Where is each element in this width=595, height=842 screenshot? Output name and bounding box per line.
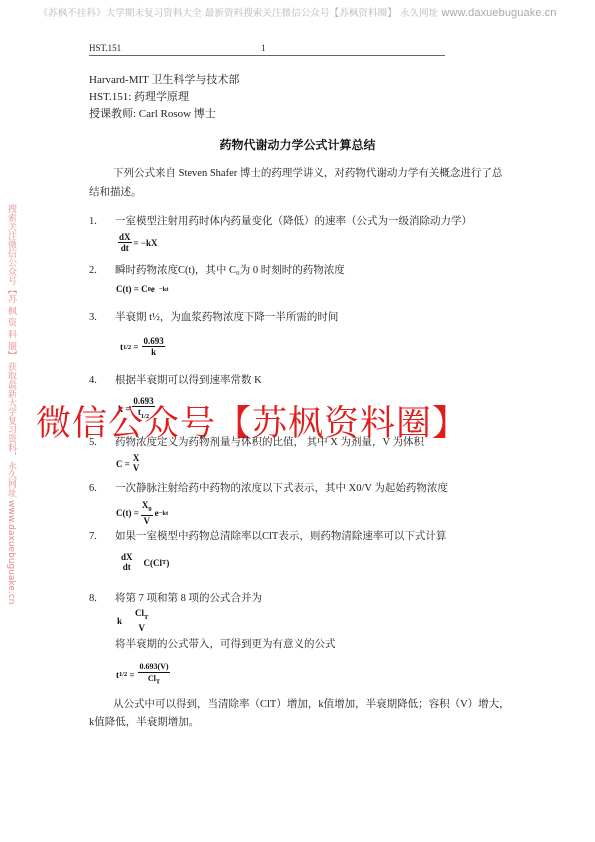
exponent: −kt — [159, 510, 168, 517]
formula-half-life-clearance: t1/2 = 0.693(V)ClT — [116, 662, 172, 688]
formula-half-life: t1/2 = 0.693k — [120, 336, 167, 358]
page-number: 1 — [261, 43, 266, 53]
lhs: C(t) = C — [116, 284, 148, 294]
formula-iv-bolus: C(t) = X0V e−kt — [116, 500, 168, 527]
fraction: 0.693k — [142, 336, 164, 358]
den-subscript: T — [156, 679, 160, 686]
fraction: X0V — [141, 500, 153, 527]
page-title: 药物代谢动力学公式计算总结 — [0, 136, 595, 153]
fraction: dXdt — [120, 552, 134, 573]
banner-text: 《苏枫不挂科》大学期末复习资料大全 最新资料搜索关注微信公众号【苏枫资料圈】 永… — [39, 8, 442, 19]
numerator: X0 — [141, 500, 153, 516]
top-banner: 《苏枫不挂科》大学期末复习资料大全 最新资料搜索关注微信公众号【苏枫资料圈】 永… — [0, 5, 595, 19]
fraction: ClTV — [134, 608, 149, 634]
item-number: 2. — [89, 265, 115, 276]
item-text: 一室模型注射用药时体内药量变化（降低）的速率（公式为一级消除动力学） — [115, 216, 472, 227]
fraction: dXdt — [118, 232, 132, 254]
item-number: 5. — [89, 437, 115, 448]
list-item: 6.一次静脉注射给药中药物的浓度以下式表示，其中 X0/V 为起始药物浓度 — [89, 480, 448, 495]
rhs: = −kX — [134, 238, 158, 248]
side-watermark: 搜索关注微信公众号【苏 枫 资 料 圈】 获取最新大学复习资料，永久网址 www… — [4, 204, 16, 604]
department-line: Harvard-MIT 卫生科学与技术部 — [89, 72, 239, 89]
conclusion-paragraph: 从公式中可以得到，当清除率（ClT）增加，k值增加，半衰期降低；容积（V）增大，… — [89, 696, 514, 732]
instructor-line: 授课教师: Carl Rosow 博士 — [89, 106, 239, 123]
item-number: 4. — [89, 375, 115, 386]
list-item: 5.药物浓度定义为药物剂量与体积的比值， 其中 X 为剂量，V 为体积 — [89, 434, 424, 449]
denominator: k — [151, 347, 156, 358]
num-subscript: T — [144, 614, 148, 621]
list-item: 1.一室模型注射用药时体内药量变化（降低）的速率（公式为一级消除动力学） — [89, 213, 472, 228]
formula-concentration-time: C(t) = C0e−kt — [116, 284, 168, 294]
num-base: Cl — [135, 608, 144, 618]
denominator: ClT — [148, 673, 160, 688]
item-text: 一次静脉注射给药中药物的浓度以下式表示，其中 X0/V 为起始药物浓度 — [115, 483, 448, 494]
fraction: 0.693(V)ClT — [138, 662, 169, 688]
equals: = — [129, 670, 134, 680]
list-item: 8.将第 7 项和第 8 项的公式合并为 — [89, 590, 262, 605]
item-text: 药物浓度定义为药物剂量与体积的比值， 其中 X 为剂量，V 为体积 — [115, 437, 424, 448]
item-text: 将第 7 项和第 8 项的公式合并为 — [115, 593, 262, 604]
den-base: Cl — [148, 674, 156, 683]
exp-base: e — [151, 284, 155, 294]
item-number: 1. — [89, 216, 115, 227]
item-number: 3. — [89, 312, 115, 323]
equals: = — [133, 342, 138, 352]
list-item: 2.瞬时药物浓度C(t)，其中 C₀为 0 时刻时的药物浓度 — [89, 262, 345, 277]
item-number: 6. — [89, 483, 115, 494]
formula-k-clearance: k ClTV — [117, 608, 151, 634]
banner-url[interactable]: www.daxuebuguake.cn — [441, 7, 556, 19]
subscript: 1/2 — [119, 671, 127, 678]
num-subscript: 0 — [148, 506, 151, 513]
denominator: V — [138, 623, 145, 634]
rhs-close: ) — [166, 558, 169, 568]
item-number: 8. — [89, 593, 115, 604]
numerator: 0.693 — [142, 336, 164, 347]
item-number: 7. — [89, 531, 115, 542]
list-item: 3.半衰期 t½，为血浆药物浓度下降一半所需的时间 — [89, 309, 338, 324]
list-item: 4.根据半衰期可以得到速率常数 K — [89, 372, 262, 387]
item-text: 如果一室模型中药物总清除率以ClT表示，则药物清除速率可以下式计算 — [115, 531, 446, 542]
intro-paragraph: 下列公式来自 Steven Shafer 博士的药理学讲义，对药物代谢动力学有关… — [89, 164, 509, 202]
numerator: 0.693(V) — [138, 662, 169, 673]
item-text: 根据半衰期可以得到速率常数 K — [115, 375, 262, 386]
formula-first-order-rate: dXdt = −kX — [116, 232, 158, 254]
numerator: X — [132, 453, 141, 463]
subscript: 1/2 — [123, 344, 131, 351]
numerator: ClT — [134, 608, 149, 623]
formula-elimination-rate: dXdt C(ClT) — [118, 552, 169, 573]
item-text: 半衰期 t½，为血浆药物浓度下降一半所需的时间 — [115, 312, 338, 323]
numerator: dX — [120, 552, 134, 562]
lhs: C = — [116, 459, 130, 469]
numerator: dX — [118, 232, 132, 243]
running-header: HST.151 1 — [89, 43, 445, 56]
fraction: XV — [132, 453, 141, 474]
denominator: dt — [123, 562, 131, 573]
exponent: −kt — [159, 286, 168, 293]
document-header: Harvard-MIT 卫生科学与技术部 HST.151: 药理学原理 授课教师… — [89, 72, 239, 123]
rhs: C(Cl — [144, 558, 163, 568]
formula-concentration-definition: C = XV — [116, 453, 142, 474]
course-line: HST.151: 药理学原理 — [89, 89, 239, 106]
lhs: C(t) = — [116, 508, 139, 518]
denominator: V — [133, 463, 140, 474]
course-code: HST.151 — [89, 43, 121, 53]
denominator: dt — [121, 243, 129, 254]
item-text: 瞬时药物浓度C(t)，其中 C₀为 0 时刻时的药物浓度 — [115, 265, 345, 276]
list-item: 7.如果一室模型中药物总清除率以ClT表示，则药物清除速率可以下式计算 — [89, 528, 446, 543]
lhs: k — [117, 616, 122, 626]
denominator: V — [144, 516, 151, 527]
item8-note: 将半衰期的公式带入，可得到更为有意义的公式 — [115, 636, 336, 651]
